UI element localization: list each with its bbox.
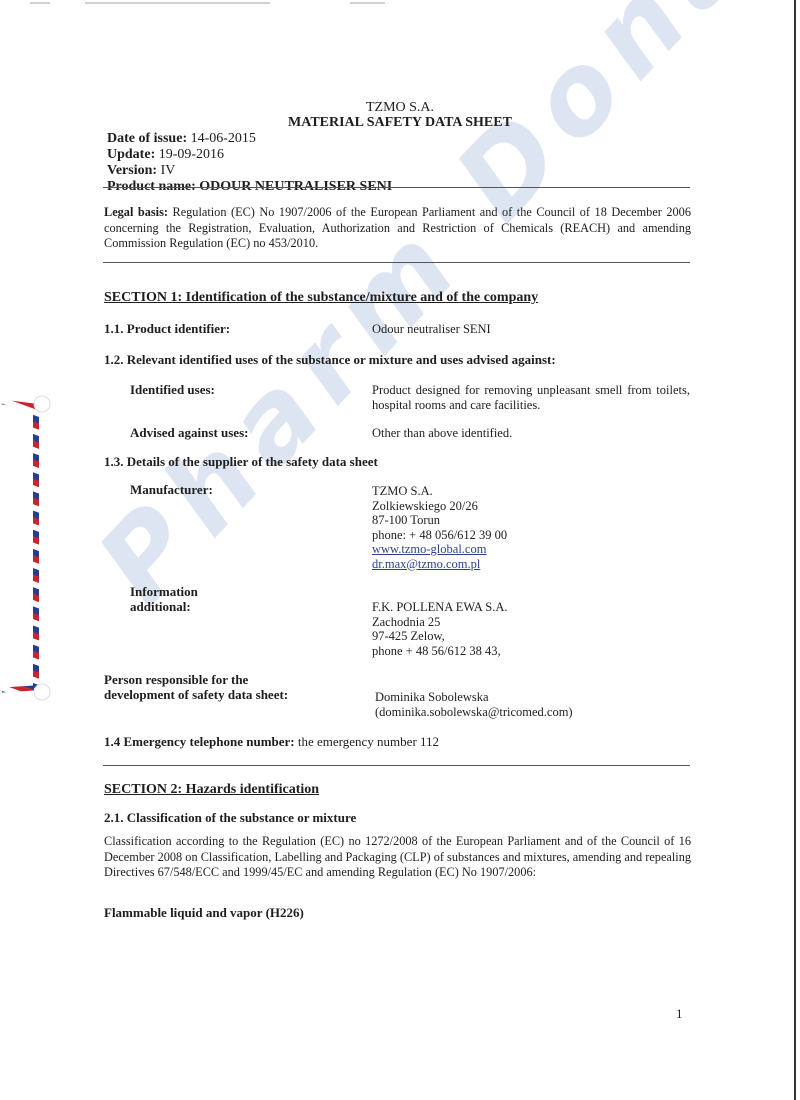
classification-text: Classification according to the Regulati… xyxy=(104,834,691,881)
manufacturer-website-link[interactable]: www.tzmo-global.com xyxy=(372,542,507,557)
update-label: Update xyxy=(107,147,151,162)
product-identifier-value: Odour neutraliser SENI xyxy=(372,322,491,337)
classification-heading: 2.1. Classification of the substance or … xyxy=(104,810,356,826)
info-additional-city: 97-425 Zelow, xyxy=(372,629,507,644)
date-of-issue-value: 14-06-2015 xyxy=(191,131,256,146)
page-number: 1 xyxy=(676,1006,683,1022)
scan-artifact xyxy=(85,2,270,4)
info-additional-label-line-2: additional: xyxy=(130,599,198,614)
ribbon-binding-icon xyxy=(0,390,60,710)
divider xyxy=(103,187,690,188)
company-header: TZMO S.A. xyxy=(0,100,800,116)
manufacturer-label: Manufacturer: xyxy=(130,482,213,497)
emergency-label: 1.4 Emergency telephone number: xyxy=(104,734,295,749)
scan-artifact xyxy=(350,2,385,4)
update-date: Update: 19-09-2016 xyxy=(107,147,224,163)
date-of-issue-label: Date of issue xyxy=(107,131,182,146)
legal-basis: Legal basis: Regulation (EC) No 1907/200… xyxy=(104,205,691,252)
info-additional-label: Information additional: xyxy=(130,584,198,614)
section-1-title: SECTION 1: Identification of the substan… xyxy=(104,290,538,306)
divider xyxy=(103,262,690,263)
update-value: 19-09-2016 xyxy=(159,147,224,162)
emergency-value: the emergency number 112 xyxy=(298,734,439,749)
scan-artifact xyxy=(30,2,50,4)
identified-uses-label: Identified uses: xyxy=(130,382,215,397)
emergency-number: 1.4 Emergency telephone number: the emer… xyxy=(104,734,691,750)
product-identifier-label: 1.1. Product identifier: xyxy=(104,321,230,337)
info-additional-label-line-1: Information xyxy=(130,584,198,599)
advised-against-label: Advised against uses: xyxy=(130,425,248,440)
responsible-name: Dominika Sobolewska xyxy=(375,690,573,705)
version-label: Version xyxy=(107,163,152,178)
identified-uses-value: Product designed for removing unpleasant… xyxy=(372,383,690,412)
document-title: MATERIAL SAFETY DATA SHEET xyxy=(0,115,800,131)
advised-against-value: Other than above identified. xyxy=(372,426,512,441)
info-additional-street: Zachodnia 25 xyxy=(372,615,507,630)
uses-heading: 1.2. Relevant identified uses of the sub… xyxy=(104,352,556,368)
manufacturer-details: TZMO S.A. Zolkiewskiego 20/26 87-100 Tor… xyxy=(372,484,507,571)
version-value: IV xyxy=(161,163,176,178)
responsible-person-label: Person responsible for the development o… xyxy=(104,672,288,702)
date-of-issue: Date of issue: 14-06-2015 xyxy=(107,131,256,147)
info-additional-details: F.K. POLLENA EWA S.A. Zachodnia 25 97-42… xyxy=(372,600,507,658)
section-2-title: SECTION 2: Hazards identification xyxy=(104,782,319,798)
document-page: Pharm Dona s.r.o. TZMO S.A. MATERIAL SAF… xyxy=(0,0,800,1100)
hazard-statement: Flammable liquid and vapor (H226) xyxy=(104,905,304,921)
divider xyxy=(103,765,690,766)
version: Version: IV xyxy=(107,163,175,179)
info-additional-phone: phone + 48 56/612 38 43, xyxy=(372,644,507,659)
responsible-email: (dominika.sobolewska@tricomed.com) xyxy=(375,705,573,720)
legal-basis-label: Legal basis xyxy=(104,205,164,219)
scan-edge xyxy=(794,0,796,1100)
manufacturer-name: TZMO S.A. xyxy=(372,484,507,499)
legal-basis-text: Regulation (EC) No 1907/2006 of the Euro… xyxy=(104,205,691,250)
manufacturer-street: Zolkiewskiego 20/26 xyxy=(372,499,507,514)
responsible-label-line-2: development of safety data sheet: xyxy=(104,687,288,702)
responsible-person-details: Dominika Sobolewska (dominika.sobolewska… xyxy=(375,690,573,719)
manufacturer-email-link[interactable]: dr.max@tzmo.com.pl xyxy=(372,557,507,572)
manufacturer-phone: phone: + 48 056/612 39 00 xyxy=(372,528,507,543)
supplier-heading: 1.3. Details of the supplier of the safe… xyxy=(104,454,378,470)
responsible-label-line-1: Person responsible for the xyxy=(104,672,288,687)
info-additional-name: F.K. POLLENA EWA S.A. xyxy=(372,600,507,615)
manufacturer-city: 87-100 Torun xyxy=(372,513,507,528)
